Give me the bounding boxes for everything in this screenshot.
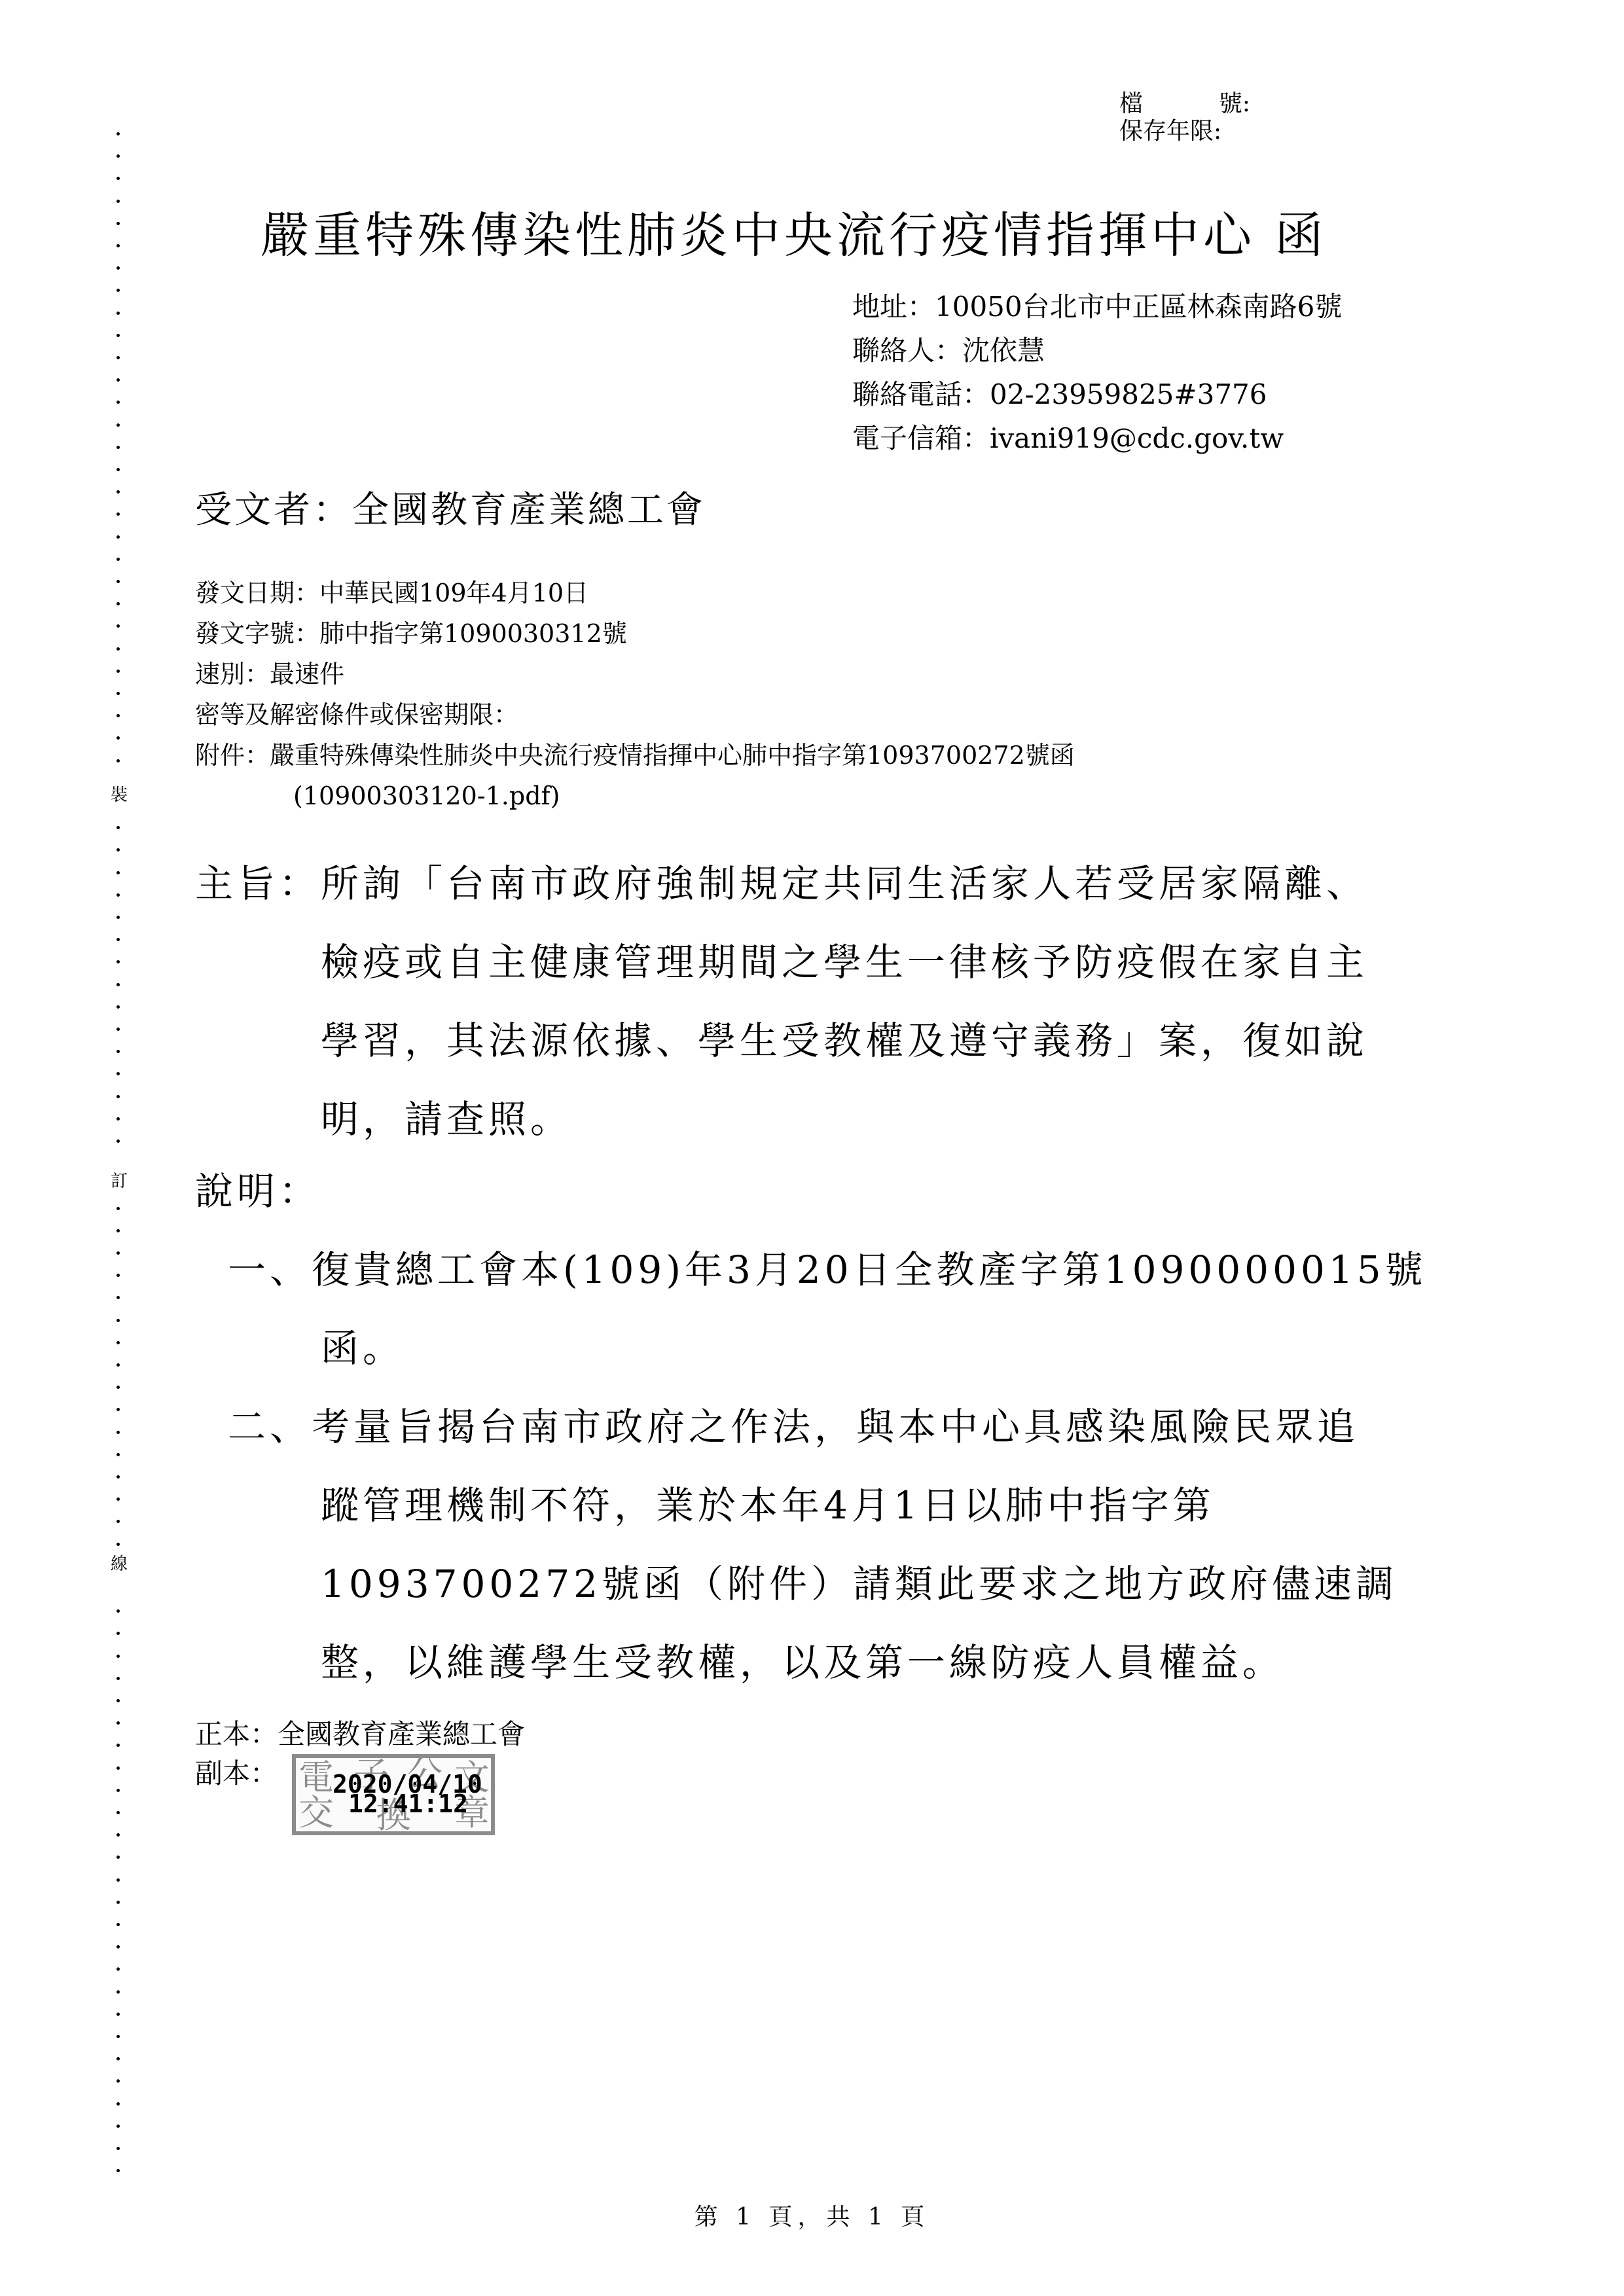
stamp-glyph: 電	[298, 1759, 334, 1796]
binding-dot	[117, 1833, 120, 1837]
binding-dot	[117, 446, 120, 449]
subject-line: 學習，其法源依據、學生受教權及遵守義務」案，復如說	[195, 1001, 1368, 1080]
binding-dot	[117, 2079, 120, 2083]
binding-dot	[117, 490, 120, 493]
binding-dot	[117, 468, 120, 471]
binding-dot	[117, 647, 120, 651]
document-title: 嚴重特殊傳染性肺炎中央流行疫情指揮中心 函	[261, 206, 1327, 265]
binding-dot	[117, 2013, 120, 2016]
binding-dot	[117, 1341, 120, 1344]
explanation-heading: 說明：	[195, 1152, 1427, 1230]
contact-block: 地址：10050台北市中正區林森南路6號 聯絡人：沈依慧 聯絡電話：02-239…	[852, 285, 1342, 460]
binding-dot	[117, 670, 120, 673]
binding-dot	[117, 1967, 120, 1971]
binding-dot	[117, 759, 120, 762]
explanation-item-1-line: 一、復貴總工會本(109)年3月20日全教產字第1090000015號	[195, 1230, 1427, 1309]
binding-dot	[117, 1632, 120, 1635]
original-recipient: 正本：全國教育產業總工會	[195, 1715, 525, 1754]
binding-dot	[117, 1520, 120, 1523]
binding-dot	[117, 1028, 120, 1031]
binding-dot	[117, 1677, 120, 1680]
binding-dot	[117, 983, 120, 986]
binding-dot	[117, 624, 120, 628]
file-number-label: 檔 號:	[1119, 90, 1250, 118]
binding-dot	[117, 266, 120, 270]
explanation-section: 說明： 一、復貴總工會本(109)年3月20日全教產字第1090000015號 …	[195, 1152, 1427, 1702]
explanation-item-2-line: 蹤管理機制不符，業於本年4月1日以肺中指字第	[195, 1466, 1427, 1545]
binding-dot	[117, 1408, 120, 1411]
binding-dot	[117, 1139, 120, 1143]
binding-dot	[117, 356, 120, 359]
binding-margin: 裝 訂 線	[0, 0, 196, 2296]
binding-dot	[117, 916, 120, 919]
binding-dot	[117, 1072, 120, 1075]
binding-dot	[117, 2125, 120, 2128]
attachment-file[interactable]: (10900303120-1.pdf)	[195, 776, 1075, 816]
binding-label-xian: 線	[109, 1554, 129, 1574]
retention-label: 保存年限:	[1119, 118, 1221, 145]
e-document-exchange-stamp: 電 子 公 文 交 換 章 2020/04/10 12:41:12	[292, 1754, 495, 1835]
binding-label-zhuang: 裝	[109, 785, 129, 805]
subject-line: 主旨：所詢「台南市政府強制規定共同生活家人若受居家隔離、	[195, 844, 1368, 923]
contact-email: 電子信箱：ivani919@cdc.gov.tw	[852, 416, 1342, 460]
binding-dot	[117, 222, 120, 225]
document-meta: 發文日期：中華民國109年4月10日 發文字號：肺中指字第1090030312號…	[195, 573, 1075, 816]
file-number-char: 號:	[1219, 90, 1250, 118]
binding-dot	[117, 1811, 120, 1814]
binding-dot	[117, 1117, 120, 1121]
binding-dot	[117, 736, 120, 740]
binding-dot	[117, 1878, 120, 1882]
binding-dot	[117, 2169, 120, 2172]
binding-dot	[117, 289, 120, 292]
binding-dot	[117, 1744, 120, 1747]
binding-dot	[117, 1296, 120, 1299]
binding-dot	[117, 893, 120, 897]
binding-dot	[117, 1609, 120, 1613]
binding-dot	[117, 558, 120, 561]
binding-dot	[117, 1767, 120, 1770]
binding-dot	[117, 1095, 120, 1098]
binding-dot	[117, 826, 120, 829]
subject-line: 檢疫或自主健康管理期間之學生一律核予防疫假在家自主	[195, 923, 1368, 1001]
binding-dot	[117, 378, 120, 382]
subject-section: 主旨：所詢「台南市政府強制規定共同生活家人若受居家隔離、 檢疫或自主健康管理期間…	[195, 844, 1368, 1158]
binding-dot	[117, 1699, 120, 1702]
binding-dot	[117, 1655, 120, 1658]
stamp-glyph: 交	[298, 1795, 334, 1831]
binding-dot	[117, 1990, 120, 1994]
binding-dot	[117, 200, 120, 203]
binding-dot	[117, 512, 120, 516]
binding-dot	[117, 177, 120, 180]
contact-phone: 聯絡電話：02-23959825#3776	[852, 372, 1342, 416]
binding-dot	[117, 602, 120, 605]
binding-dot	[117, 154, 120, 158]
binding-dot	[117, 714, 120, 717]
explanation-item-1-line: 函。	[195, 1309, 1427, 1388]
binding-dot	[117, 1901, 120, 1904]
explanation-item-2-line: 1093700272號函（附件）請類此要求之地方政府儘速調	[195, 1545, 1427, 1623]
binding-dot	[117, 312, 120, 315]
binding-dot	[117, 401, 120, 404]
binding-dot	[117, 535, 120, 539]
page-indicator: 第 1 頁，共 1 頁	[0, 2204, 1624, 2231]
binding-dot	[117, 1431, 120, 1434]
binding-dot	[117, 1856, 120, 1859]
binding-dot	[117, 2147, 120, 2150]
binding-dot	[117, 1453, 120, 1456]
binding-label-ding: 訂	[109, 1172, 129, 1191]
contact-address: 地址：10050台北市中正區林森南路6號	[852, 285, 1342, 329]
file-number-char: 檔	[1119, 90, 1143, 118]
speed-level: 速別：最速件	[195, 654, 1075, 694]
binding-dot	[117, 1274, 120, 1277]
binding-dot	[117, 1789, 120, 1792]
explanation-item-2-line: 整，以維護學生受教權，以及第一線防疫人員權益。	[195, 1623, 1427, 1702]
binding-dot	[117, 1475, 120, 1479]
binding-dot	[117, 1498, 120, 1501]
binding-dot	[117, 244, 120, 247]
binding-dot	[117, 580, 120, 583]
binding-dot	[117, 1050, 120, 1053]
binding-dot	[117, 1251, 120, 1255]
binding-dot	[117, 848, 120, 852]
binding-dot	[117, 1923, 120, 1926]
explanation-item-2-line: 二、考量旨揭台南市政府之作法，與本中心具感染風險民眾追	[195, 1388, 1427, 1466]
binding-dot	[117, 871, 120, 874]
binding-dot	[117, 938, 120, 941]
file-meta: 檔 號: 保存年限:	[1119, 90, 1250, 145]
binding-dot	[117, 2102, 120, 2106]
issue-date: 發文日期：中華民國109年4月10日	[195, 573, 1075, 613]
binding-dot	[117, 1363, 120, 1367]
binding-dot	[117, 1945, 120, 1948]
recipient: 受文者：全國教育產業總工會	[195, 488, 706, 533]
subject-line: 明，請查照。	[195, 1080, 1368, 1158]
binding-dot	[117, 1005, 120, 1009]
doc-number: 發文字號：肺中指字第1090030312號	[195, 613, 1075, 654]
classification: 密等及解密條件或保密期限：	[195, 694, 1075, 735]
binding-dot	[117, 1229, 120, 1232]
binding-dot	[117, 960, 120, 963]
binding-dot	[117, 1543, 120, 1546]
binding-dot	[117, 334, 120, 337]
attachment: 附件：嚴重特殊傳染性肺炎中央流行疫情指揮中心肺中指字第1093700272號函	[195, 735, 1075, 776]
contact-person: 聯絡人：沈依慧	[852, 329, 1342, 372]
binding-dot	[117, 692, 120, 695]
binding-dot	[117, 423, 120, 427]
binding-dot	[117, 2057, 120, 2060]
binding-dot	[117, 1386, 120, 1389]
stamp-time: 12:41:12	[348, 1792, 468, 1816]
binding-dot	[117, 1721, 120, 1725]
binding-dot	[117, 132, 120, 135]
binding-dot	[117, 1207, 120, 1210]
binding-dot	[117, 2035, 120, 2038]
binding-dot	[117, 1319, 120, 1322]
